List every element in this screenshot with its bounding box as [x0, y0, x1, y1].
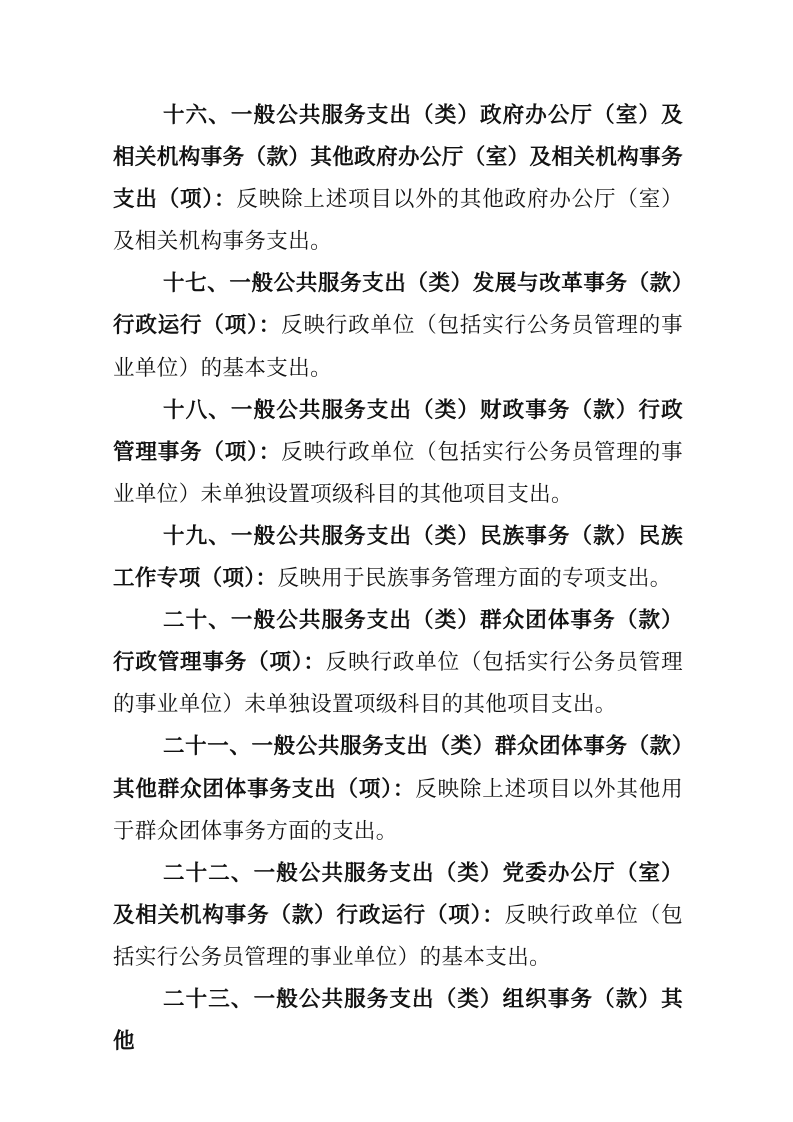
- paragraph: 二十二、一般公共服务支出（类）党委办公厅（室）及相关机构事务（款）行政运行（项）…: [113, 852, 683, 978]
- paragraph: 二十一、一般公共服务支出（类）群众团体事务（款）其他群众团体事务支出（项）：反映…: [113, 725, 683, 851]
- paragraph-body: 反映用于民族事务管理方面的专项支出。: [277, 566, 671, 590]
- paragraph-heading: 二十三、一般公共服务支出（类）组织事务（款）其他: [113, 987, 683, 1053]
- paragraph: 十八、一般公共服务支出（类）财政事务（款）行政管理事务（项）：反映行政单位（包括…: [113, 389, 683, 515]
- paragraph: 二十三、一般公共服务支出（类）组织事务（款）其他: [113, 978, 683, 1062]
- paragraph: 十九、一般公共服务支出（类）民族事务（款）民族工作专项（项）：反映用于民族事务管…: [113, 515, 683, 599]
- paragraph: 十七、一般公共服务支出（类）发展与改革事务（款）行政运行（项）：反映行政单位（包…: [113, 262, 683, 388]
- paragraph: 二十、一般公共服务支出（类）群众团体事务（款）行政管理事务（项）：反映行政单位（…: [113, 599, 683, 725]
- document-page: 十六、一般公共服务支出（类）政府办公厅（室）及相关机构事务（款）其他政府办公厅（…: [0, 0, 793, 1122]
- paragraph: 十六、一般公共服务支出（类）政府办公厅（室）及相关机构事务（款）其他政府办公厅（…: [113, 94, 683, 262]
